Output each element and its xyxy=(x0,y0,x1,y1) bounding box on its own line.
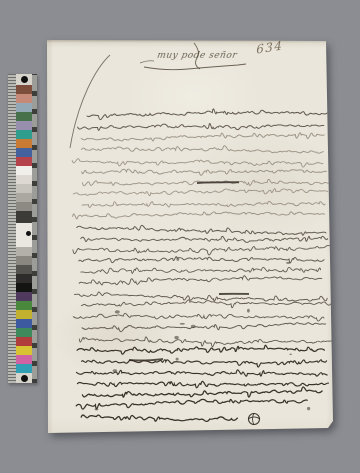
handwriting-line xyxy=(79,276,322,285)
strip-tick-marks xyxy=(32,74,37,383)
color-calibration-strip xyxy=(8,74,37,383)
ink-blot xyxy=(95,408,99,410)
handwriting-line xyxy=(82,169,327,175)
handwriting-line xyxy=(76,399,307,409)
handwriting-line xyxy=(77,225,326,235)
color-patch xyxy=(16,103,32,112)
color-patch xyxy=(16,364,32,373)
ink-blot xyxy=(286,262,290,264)
strip-patches xyxy=(16,74,32,383)
handwriting-line xyxy=(81,267,321,273)
handwriting-text xyxy=(69,108,341,438)
color-patch xyxy=(16,355,32,364)
handwriting-line xyxy=(81,415,237,421)
handwriting-line xyxy=(73,212,325,219)
color-patch xyxy=(16,301,32,310)
color-patch xyxy=(16,202,32,211)
registration-dot xyxy=(16,373,32,383)
handwriting-line xyxy=(79,337,331,347)
color-patch xyxy=(16,193,32,202)
color-patch xyxy=(16,337,32,346)
ink-blot xyxy=(115,310,120,313)
color-patch xyxy=(16,175,32,184)
black-dot xyxy=(26,231,31,236)
color-patch xyxy=(16,112,32,121)
color-patch xyxy=(16,85,32,94)
ink-blot xyxy=(289,354,292,356)
ink-blot xyxy=(191,325,196,328)
color-patch xyxy=(16,292,32,301)
color-patch xyxy=(16,283,32,292)
handwriting-line xyxy=(77,345,324,354)
handwriting-line xyxy=(82,387,322,397)
strikethrough-stroke xyxy=(197,182,239,183)
scribal-rubric xyxy=(248,413,260,425)
color-patch xyxy=(16,184,32,193)
color-patch xyxy=(16,166,32,175)
color-patch xyxy=(16,346,32,355)
color-patch xyxy=(16,265,32,274)
registration-dot xyxy=(16,74,32,85)
handwriting-line xyxy=(78,381,329,387)
ink-blot xyxy=(113,369,118,372)
color-patch xyxy=(16,94,32,103)
color-patch xyxy=(16,247,32,256)
ink-blot xyxy=(180,323,185,325)
color-patch xyxy=(16,310,32,319)
color-patch xyxy=(16,274,32,283)
handwriting-line xyxy=(82,201,325,207)
heading-ascender-flourish xyxy=(194,43,200,69)
black-dot xyxy=(21,375,28,382)
color-patch xyxy=(16,130,32,139)
color-patch xyxy=(16,211,32,223)
color-patch xyxy=(16,121,32,130)
ink-blot xyxy=(174,336,178,339)
ink-blot xyxy=(307,407,310,410)
black-dot xyxy=(21,76,28,83)
manuscript-page: 634 muy pode señor xyxy=(44,36,338,438)
heading-left-dash xyxy=(140,61,154,63)
handwriting-line xyxy=(81,133,324,141)
handwriting-line xyxy=(81,146,323,153)
color-patch xyxy=(16,157,32,166)
strip-label xyxy=(16,223,32,247)
color-patch xyxy=(16,148,32,157)
handwriting-line xyxy=(75,292,328,301)
ink-blot xyxy=(247,309,250,313)
color-patch xyxy=(16,328,32,337)
handwriting-line xyxy=(82,360,327,367)
strip-microtext xyxy=(8,74,16,383)
ink-blot xyxy=(176,358,179,361)
ink-blot xyxy=(176,258,179,261)
color-patch xyxy=(16,256,32,265)
handwriting-line xyxy=(78,124,324,131)
handwriting-line xyxy=(82,323,326,332)
photo-background: 634 muy pode señor xyxy=(0,0,360,473)
handwriting-line xyxy=(81,236,328,242)
handwriting-line xyxy=(87,109,327,120)
color-patch xyxy=(16,139,32,148)
handwriting-line xyxy=(73,245,331,254)
handwriting-line xyxy=(72,159,323,167)
paper-surface: 634 muy pode señor xyxy=(44,36,338,438)
handwriting-line xyxy=(73,189,327,196)
handwriting-line xyxy=(79,257,324,263)
strikethrough-stroke xyxy=(129,359,163,360)
color-patch xyxy=(16,319,32,328)
heading-underline-flourish xyxy=(144,64,246,70)
handwriting-line xyxy=(73,313,324,321)
